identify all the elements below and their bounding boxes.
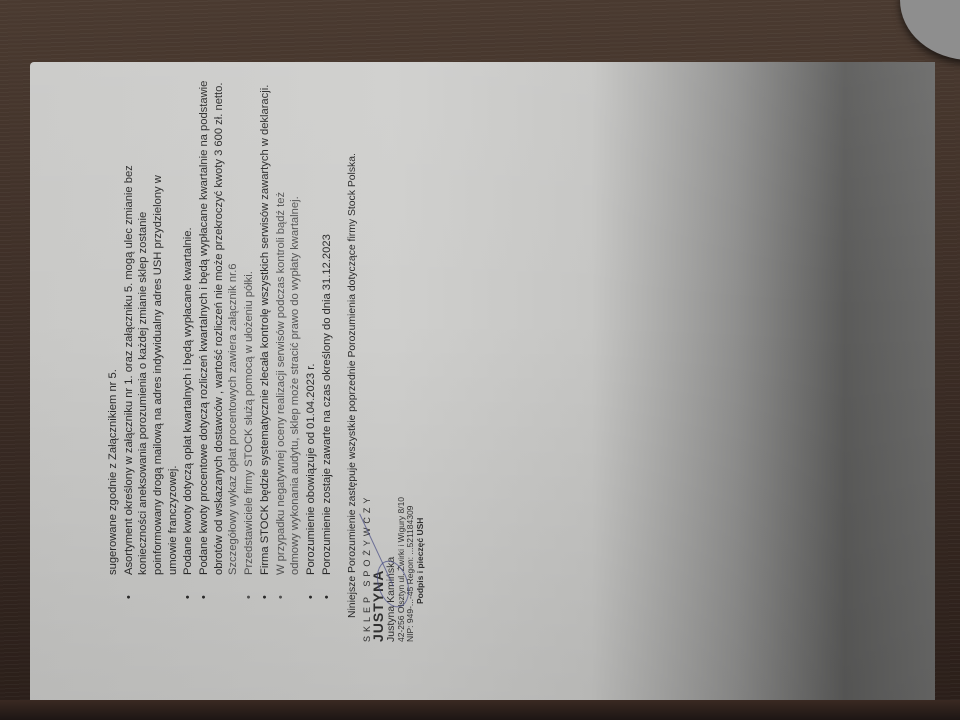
mug-rim (900, 0, 960, 60)
text-line: umowie franczyzowej. (166, 95, 181, 575)
text-line: obrotów od wskazanych dostawców , wartoś… (212, 95, 227, 575)
bullet-item: •Przedstawiciele firmy STOCK służą pomoc… (242, 95, 257, 575)
bullet-icon: • (197, 595, 212, 599)
text-line: odmowy wykonania audytu, sklep może stra… (288, 95, 303, 575)
document-page: sugerowane zgodnie z Załącznikiem nr 5.•… (30, 62, 935, 700)
bullet-icon: • (320, 595, 335, 599)
line-text: sugerowane zgodnie z Załącznikiem nr 5. (107, 369, 119, 575)
text-line: konieczności aneksowania porozumienia o … (136, 95, 151, 575)
line-text: Porozumienie zostaje zawarte na czas okr… (321, 234, 333, 575)
line-text: obrotów od wskazanych dostawców , wartoś… (213, 83, 225, 575)
line-text: Podane kwoty procentowe dotyczą rozlicze… (198, 81, 210, 575)
bullet-item: •Porozumienie obowiązuje od 01.04.2023 r… (304, 95, 319, 575)
line-text: Asortyment określony w załączniku nr 1. … (123, 165, 135, 575)
bullet-item: •Podane kwoty dotyczą opłat kwartalnych … (181, 95, 196, 575)
bullet-item: •Podane kwoty procentowe dotyczą rozlicz… (197, 95, 212, 575)
signature-caption: Podpis i pieczęć USH (415, 494, 425, 604)
bullet-item: •W przypadku negatywnej oceny realizacji… (274, 95, 289, 575)
closing-statement: Niniejsze Porozumienie zastępuje wszystk… (347, 153, 358, 618)
line-text: poinformowany drogą mailową na adres ind… (152, 175, 164, 575)
bullet-icon: • (274, 595, 289, 599)
text-line: Szczegółowy wykaz opłat procentowych zaw… (226, 95, 241, 575)
line-text: konieczności aneksowania porozumienia o … (137, 212, 149, 575)
stamp-ids: NIP: 949-...-45 Regon: ...521184309 (406, 494, 415, 642)
line-text: odmowy wykonania audytu, sklep może stra… (289, 196, 301, 575)
desk-edge (0, 700, 960, 720)
line-text: Podane kwoty dotyczą opłat kwartalnych i… (182, 227, 194, 575)
rotated-sheet: sugerowane zgodnie z Załącznikiem nr 5.•… (30, 62, 935, 700)
bullet-icon: • (122, 595, 137, 599)
agreement-body: sugerowane zgodnie z Załącznikiem nr 5.•… (106, 95, 334, 575)
bullet-item: •Porozumienie zostaje zawarte na czas ok… (320, 95, 335, 575)
line-text: Szczegółowy wykaz opłat procentowych zaw… (227, 263, 239, 575)
line-text: Przedstawiciele firmy STOCK służą pomocą… (243, 271, 255, 575)
bullet-icon: • (258, 595, 273, 599)
line-text: W przypadku negatywnej oceny realizacji … (275, 192, 287, 575)
bullet-icon: • (304, 595, 319, 599)
line-text: Porozumienie obowiązuje od 01.04.2023 r. (305, 364, 317, 575)
bullet-icon: • (181, 595, 196, 599)
line-text: Firma STOCK będzie systematycznie zlecał… (259, 85, 271, 575)
bullet-item: •Asortyment określony w załączniku nr 1.… (122, 95, 137, 575)
text-line: sugerowane zgodnie z Załącznikiem nr 5. (106, 95, 121, 575)
line-text: umowie franczyzowej. (167, 466, 179, 575)
bullet-item: •Firma STOCK będzie systematycznie zleca… (258, 95, 273, 575)
bullet-icon: • (242, 595, 257, 599)
text-line: poinformowany drogą mailową na adres ind… (151, 95, 166, 575)
